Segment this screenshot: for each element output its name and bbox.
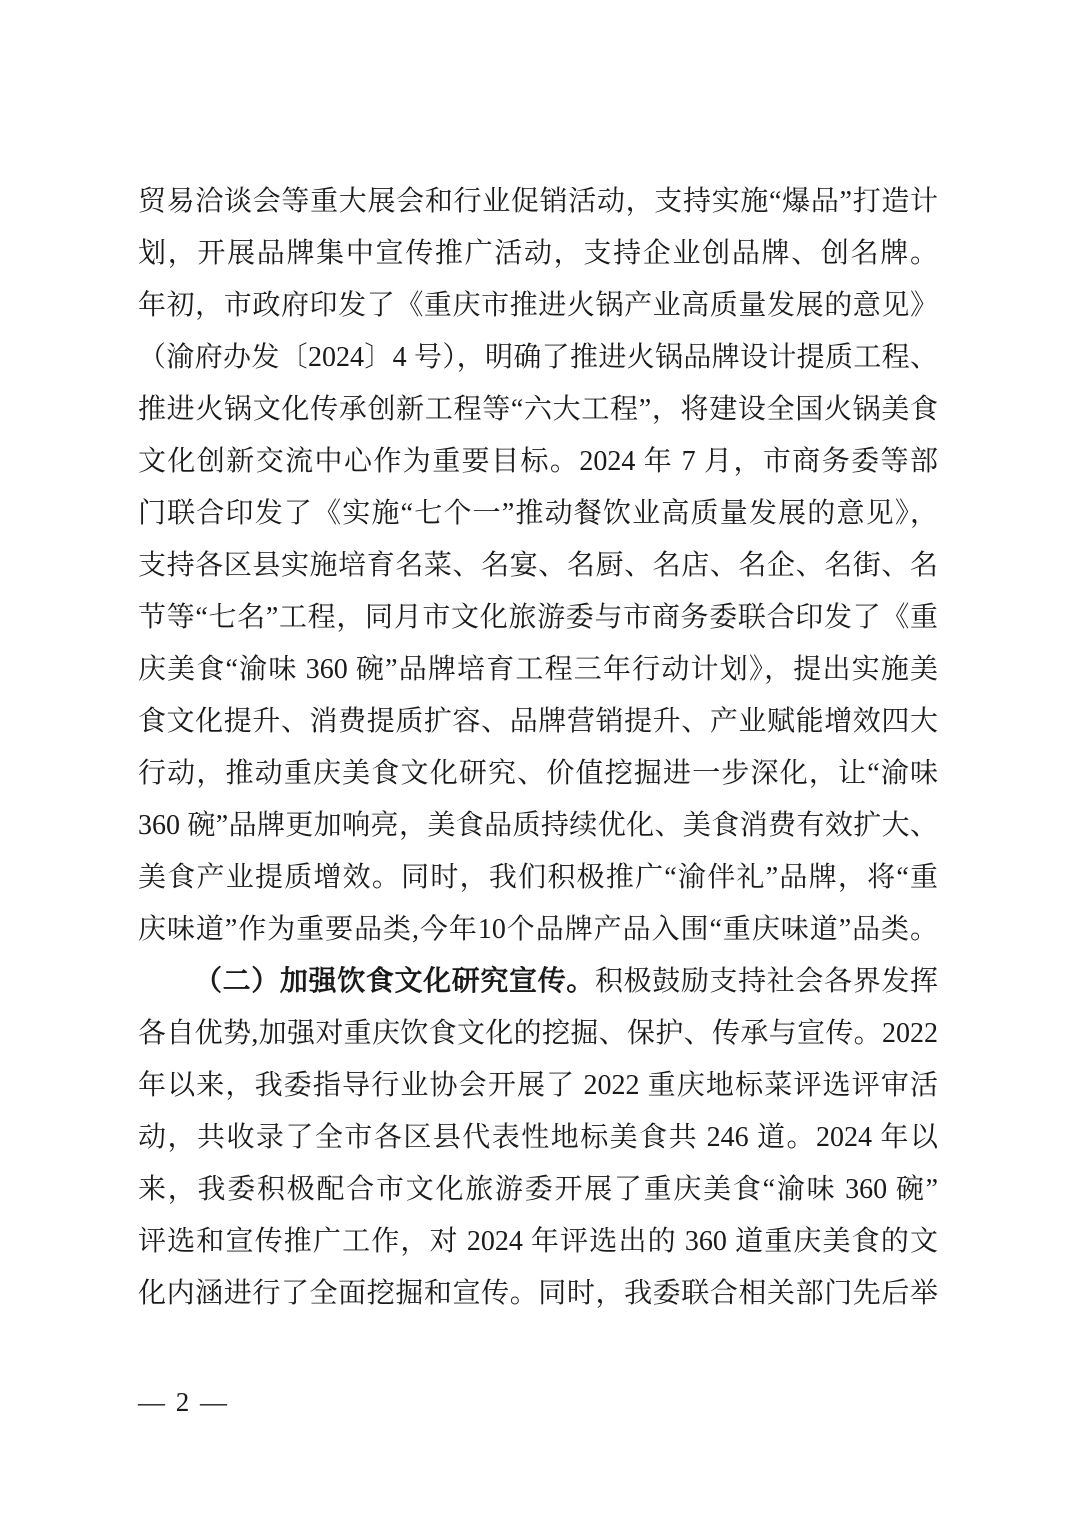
- body-line: 来，我委积极配合市文化旅游委开展了重庆美食“渝味 360 碗”: [138, 1164, 938, 1216]
- section-text: 积极鼓励支持社会各界发挥: [595, 966, 938, 997]
- body-line: 划，开展品牌集中宣传推广活动，支持企业创品牌、创名牌。2024: [138, 228, 938, 280]
- body-line: 化内涵进行了全面挖掘和宣传。同时，我委联合相关部门先后举: [138, 1268, 938, 1320]
- body-line: 支持各区县实施培育名菜、名宴、名厨、名店、名企、名街、名: [138, 540, 938, 592]
- body-text-block: 贸易洽谈会等重大展会和行业促销活动，支持实施“爆品”打造计 划，开展品牌集中宣传…: [138, 176, 938, 1320]
- body-line: 年初，市政府印发了《重庆市推进火锅产业高质量发展的意见》: [138, 280, 938, 332]
- body-line: 各自优势,加强对重庆饮食文化的挖掘、保护、传承与宣传。2022: [138, 1008, 938, 1060]
- body-line: 评选和宣传推广工作，对 2024 年评选出的 360 道重庆美食的文: [138, 1216, 938, 1268]
- body-line: 年以来，我委指导行业协会开展了 2022 重庆地标菜评选评审活: [138, 1060, 938, 1112]
- body-line: 文化创新交流中心作为重要目标。2024 年 7 月，市商务委等部: [138, 436, 938, 488]
- body-line: 动，共收录了全市各区县代表性地标美食共 246 道。2024 年以: [138, 1112, 938, 1164]
- body-line: 食文化提升、消费提质扩容、品牌营销提升、产业赋能增效四大: [138, 696, 938, 748]
- body-line: 美食产业提质增效。同时，我们积极推广“渝伴礼”品牌，将“重: [138, 852, 938, 904]
- body-line: 推进火锅文化传承创新工程等“六大工程”，将建设全国火锅美食: [138, 384, 938, 436]
- body-line: 庆味道”作为重要品类,今年10个品牌产品入围“重庆味道”品类。: [138, 904, 938, 956]
- body-line: 节等“七名”工程，同月市文化旅游委与市商务委联合印发了《重: [138, 592, 938, 644]
- section-heading: （二）加强饮食文化研究宣传。: [194, 966, 595, 997]
- body-line-section-start: （二）加强饮食文化研究宣传。积极鼓励支持社会各界发挥: [138, 956, 938, 1008]
- body-line: 门联合印发了《实施“七个一”推动餐饮业高质量发展的意见》，: [138, 488, 938, 540]
- body-line: （渝府办发〔2024〕4 号），明确了推进火锅品牌设计提质工程、: [138, 332, 938, 384]
- body-line: 贸易洽谈会等重大展会和行业促销活动，支持实施“爆品”打造计: [138, 176, 938, 228]
- document-page: 贸易洽谈会等重大展会和行业促销活动，支持实施“爆品”打造计 划，开展品牌集中宣传…: [0, 0, 1074, 1520]
- body-line: 行动，推动重庆美食文化研究、价值挖掘进一步深化，让“渝味: [138, 748, 938, 800]
- body-line: 360 碗”品牌更加响亮，美食品质持续优化、美食消费有效扩大、: [138, 800, 938, 852]
- page-number: — 2 —: [138, 1384, 229, 1420]
- body-line: 庆美食“渝味 360 碗”品牌培育工程三年行动计划》，提出实施美: [138, 644, 938, 696]
